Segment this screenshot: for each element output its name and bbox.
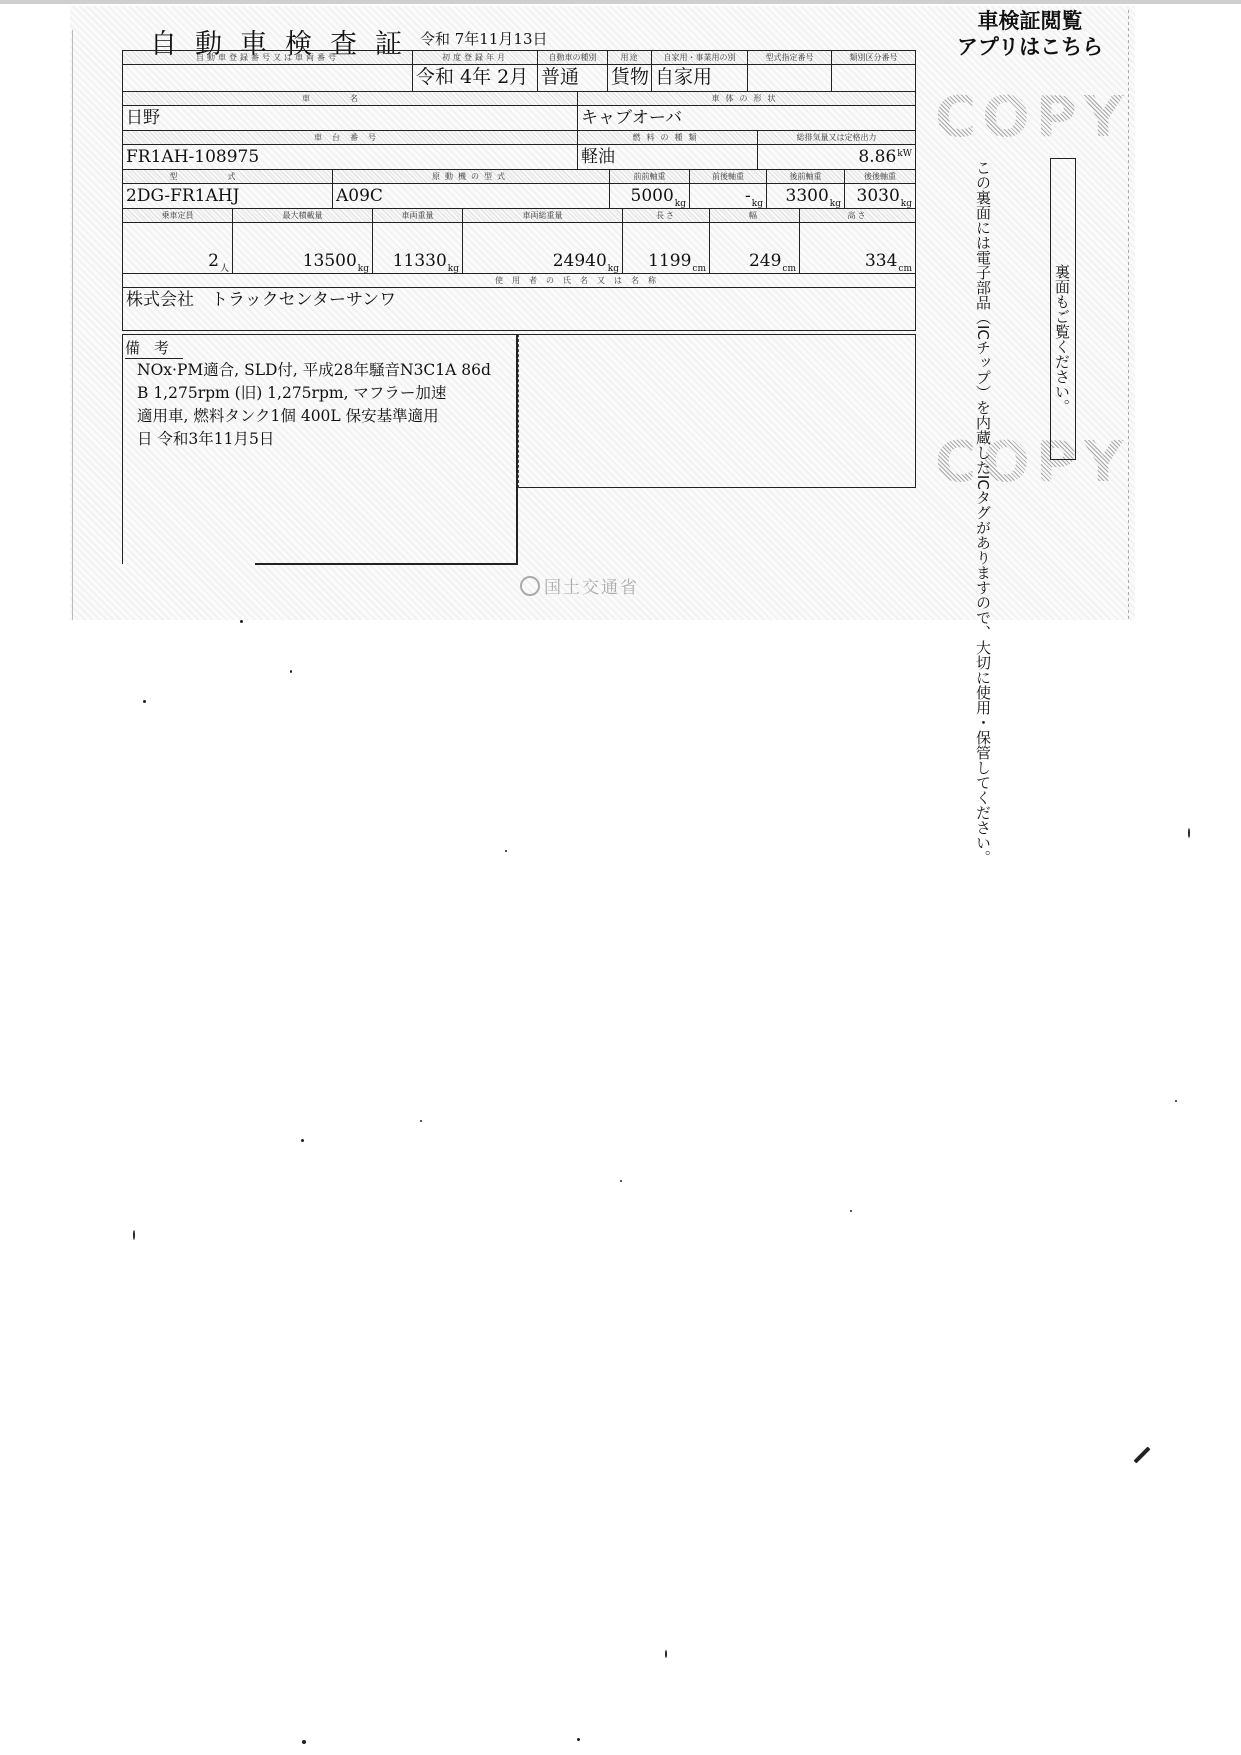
label-purpose: 用途 [608, 51, 651, 65]
label-vehicle-weight: 車両重量 [373, 209, 462, 223]
label-gross-weight: 車両総重量 [463, 209, 622, 223]
value-body-shape: キャブオーバ [578, 106, 915, 130]
value-capacity: 2 [208, 251, 219, 271]
cell-width: 幅 249cm [709, 209, 799, 273]
label-type-designation: 型式指定番号 [748, 51, 831, 65]
scan-speck [290, 670, 292, 673]
ministry-name: 国土交通省 [544, 578, 639, 598]
value-user-name: 株式会社 トラックセンターサンワ [123, 288, 915, 312]
value-model: 2DG-FR1AHJ [123, 184, 332, 208]
blank-area [518, 334, 916, 488]
cell-chassis-number: 車台番号 FR1AH-108975 [122, 131, 577, 169]
cell-height: 高さ 334cm [799, 209, 916, 273]
value-rear-rear-axle: 3030 [857, 186, 900, 206]
label-height: 高さ [800, 209, 915, 223]
remarks-section: 備考 NOx·PM適合, SLD付, 平成28年騒音N3C1A 86d B 1,… [122, 334, 518, 564]
value-fuel-type: 軽油 [578, 145, 757, 169]
cell-fuel-type: 燃料の種類 軽油 [577, 131, 757, 169]
scan-speck [301, 1139, 304, 1142]
label-engine-model: 原動機の型式 [333, 170, 609, 184]
cell-user-name: 使用者の氏名又は名称 株式会社 トラックセンターサンワ [122, 274, 916, 330]
cell-displacement: 総排気量又は定格出力 8.86kW [757, 131, 916, 169]
row-model: 型式 2DG-FR1AHJ 原動機の型式 A09C 前前軸重 5000kg 前後… [122, 169, 916, 208]
label-body-shape: 車体の形状 [578, 92, 915, 106]
scan-speck [505, 850, 507, 852]
label-vehicle-category: 自動車の種別 [538, 51, 607, 65]
label-model: 型式 [123, 170, 332, 184]
value-max-load: 13500 [303, 251, 357, 271]
cell-vehicle-name: 車名 日野 [122, 92, 577, 130]
value-chassis-number: FR1AH-108975 [123, 145, 577, 169]
cell-purpose: 用途 貨物 [607, 51, 651, 91]
cell-engine-model: 原動機の型式 A09C [332, 170, 609, 208]
cell-body-shape: 車体の形状 キャブオーバ [577, 92, 916, 130]
ministry-emblem-icon [520, 576, 540, 596]
copy-watermark: COPY [935, 430, 1129, 495]
ministry-logo: 国土交通省 [520, 573, 639, 598]
cell-rear-front-axle: 後前軸重 3300kg [766, 170, 844, 208]
value-vehicle-category: 普通 [538, 65, 607, 89]
app-link-line2: アプリはこちら [945, 34, 1115, 60]
label-max-load: 最大積載量 [233, 209, 372, 223]
label-length: 長さ [623, 209, 709, 223]
value-gross-weight: 24940 [553, 251, 607, 271]
label-category-class: 類別区分番号 [832, 51, 915, 65]
value-first-registration: 令和 4年 2月 [413, 65, 537, 89]
cell-vehicle-category: 自動車の種別 普通 [537, 51, 607, 91]
label-chassis-number: 車台番号 [123, 131, 577, 145]
scan-speck [143, 700, 146, 703]
cell-model: 型式 2DG-FR1AHJ [122, 170, 332, 208]
label-first-registration: 初度登録年月 [413, 51, 537, 65]
cell-front-rear-axle: 前後軸重 -kg [689, 170, 766, 208]
label-width: 幅 [710, 209, 799, 223]
ic-chip-notice: この裏面には電子部品（ICチップ）を内蔵したICタグがありますので、大切に使用・… [970, 160, 996, 865]
copy-watermark: COPY [935, 85, 1129, 150]
scan-speck [302, 1740, 306, 1744]
see-reverse-notice: 裏面もご覧ください。 [1050, 158, 1076, 460]
label-front-rear-axle: 前後軸重 [690, 170, 766, 184]
label-capacity: 乗車定員 [123, 209, 232, 223]
value-displacement: 8.86 [858, 147, 896, 167]
cell-category-class: 類別区分番号 [831, 51, 916, 91]
row-chassis: 車台番号 FR1AH-108975 燃料の種類 軽油 総排気量又は定格出力 8.… [122, 130, 916, 169]
scan-speck [1175, 1100, 1177, 1102]
scan-speck [1188, 828, 1190, 838]
cell-capacity: 乗車定員 2人 [122, 209, 232, 273]
app-link[interactable]: 車検証閲覧 アプリはこちら [945, 8, 1115, 60]
label-private-business: 自家用・事業用の別 [652, 51, 747, 65]
app-link-line1: 車検証閲覧 [945, 8, 1115, 34]
label-rear-front-axle: 後前軸重 [767, 170, 844, 184]
unit-displacement: kW [897, 149, 912, 159]
scan-speck [133, 1230, 135, 1240]
cell-type-designation: 型式指定番号 [747, 51, 831, 91]
value-width: 249 [749, 251, 781, 271]
cell-gross-weight: 車両総重量 24940kg [462, 209, 622, 273]
scan-speck [240, 620, 243, 623]
label-displacement: 総排気量又は定格出力 [758, 131, 915, 145]
value-purpose: 貨物 [608, 65, 651, 89]
value-engine-model: A09C [333, 184, 609, 208]
cell-max-load: 最大積載量 13500kg [232, 209, 372, 273]
cell-vehicle-weight: 車両重量 11330kg [372, 209, 462, 273]
label-registration-number: 自動車登録番号又は車両番号 [123, 51, 412, 65]
row-vehicle-name: 車名 日野 車体の形状 キャブオーバ [122, 91, 916, 130]
value-rear-front-axle: 3300 [786, 186, 829, 206]
scan-speck [850, 1210, 852, 1212]
remarks-text: NOx·PM適合, SLD付, 平成28年騒音N3C1A 86d B 1,275… [123, 359, 516, 451]
cell-first-registration: 初度登録年月 令和 4年 2月 [412, 51, 537, 91]
label-rear-rear-axle: 後後軸重 [845, 170, 915, 184]
row-user: 使用者の氏名又は名称 株式会社 トラックセンターサンワ [122, 273, 916, 331]
scan-speck [665, 1650, 667, 1658]
remarks-border [255, 563, 518, 565]
label-user-name: 使用者の氏名又は名称 [123, 274, 915, 288]
row-registration: 自動車登録番号又は車両番号 初度登録年月 令和 4年 2月 自動車の種別 普通 … [122, 50, 916, 91]
cell-length: 長さ 1199cm [622, 209, 709, 273]
page-edge [0, 0, 1241, 4]
label-vehicle-name: 車名 [123, 92, 577, 106]
value-vehicle-name: 日野 [123, 106, 577, 130]
scan-speck [1134, 1447, 1151, 1464]
remarks-title: 備考 [125, 337, 183, 359]
label-front-front-axle: 前前軸重 [610, 170, 689, 184]
cell-private-business: 自家用・事業用の別 自家用 [651, 51, 747, 91]
value-private-business: 自家用 [652, 65, 747, 89]
label-fuel-type: 燃料の種類 [578, 131, 757, 145]
cell-registration-number: 自動車登録番号又は車両番号 [122, 51, 412, 91]
cell-front-front-axle: 前前軸重 5000kg [609, 170, 689, 208]
row-weights: 乗車定員 2人 最大積載量 13500kg 車両重量 11330kg 車両総重量… [122, 208, 916, 273]
issue-date: 令和 7年11月13日 [420, 28, 548, 49]
scan-speck [620, 1180, 622, 1182]
value-vehicle-weight: 11330 [393, 251, 447, 271]
scan-speck [577, 1738, 580, 1741]
cell-rear-rear-axle: 後後軸重 3030kg [844, 170, 916, 208]
scan-border [72, 30, 73, 620]
scan-speck [420, 1120, 422, 1122]
value-length: 1199 [648, 251, 691, 271]
value-height: 334 [865, 251, 897, 271]
value-front-rear-axle: - [745, 186, 751, 206]
value-front-front-axle: 5000 [631, 186, 674, 206]
